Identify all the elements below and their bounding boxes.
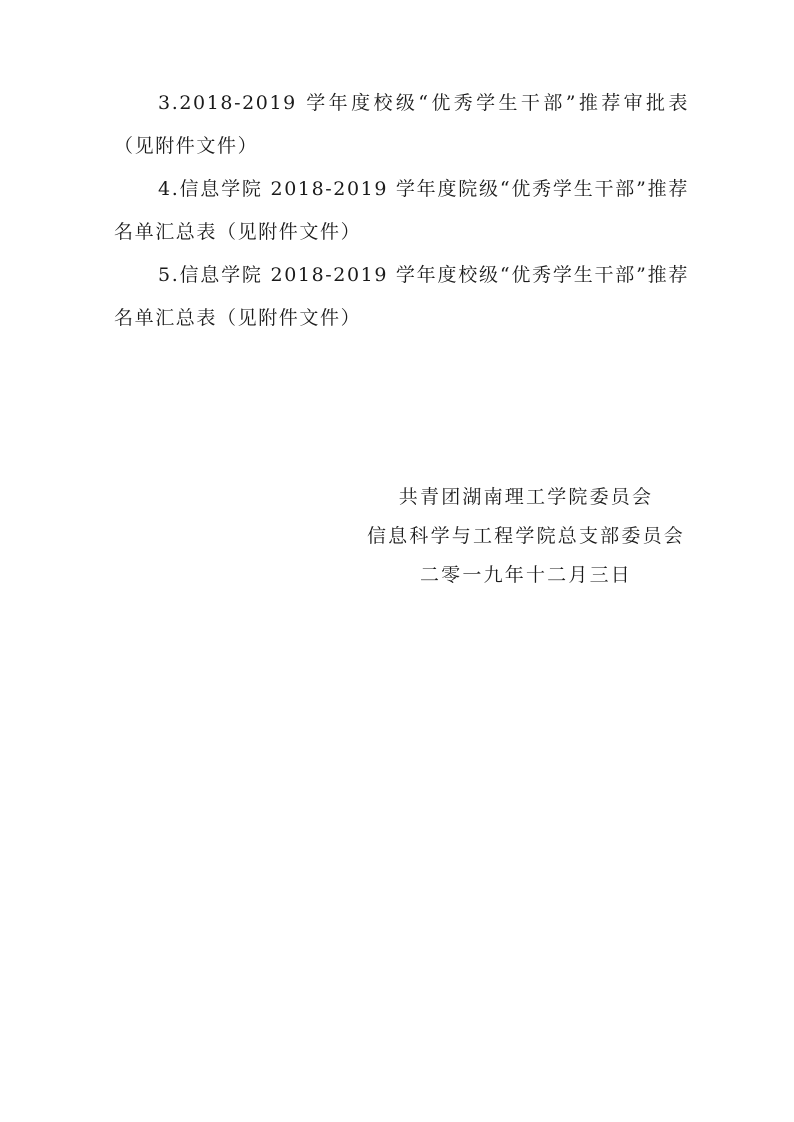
attachment-item-4: 4.信息学院 2018-2019 学年度院级“优秀学生干部”推荐名单汇总表（见附… — [114, 168, 689, 254]
signature-organization: 共青团湖南理工学院委员会 — [356, 478, 696, 517]
attachment-item-5: 5.信息学院 2018-2019 学年度校级“优秀学生干部”推荐名单汇总表（见附… — [114, 254, 689, 340]
attachment-text: 2018-2019 学年度校级“优秀学生干部”推荐审批表（见附件文件） — [114, 92, 689, 157]
attachment-text: 信息学院 2018-2019 学年度校级“优秀学生干部”推荐名单汇总表（见附件文… — [114, 264, 689, 329]
attachment-number: 4. — [158, 178, 179, 200]
attachment-number: 5. — [158, 264, 179, 286]
signature-block: 共青团湖南理工学院委员会 信息科学与工程学院总支部委员会 二零一九年十二月三日 — [356, 478, 696, 595]
signature-date: 二零一九年十二月三日 — [356, 556, 696, 595]
attachment-number: 3. — [158, 92, 179, 114]
attachment-item-3: 3.2018-2019 学年度校级“优秀学生干部”推荐审批表（见附件文件） — [114, 82, 689, 168]
signature-department: 信息科学与工程学院总支部委员会 — [356, 517, 696, 556]
document-page: 3.2018-2019 学年度校级“优秀学生干部”推荐审批表（见附件文件） 4.… — [0, 0, 794, 1122]
attachment-list: 3.2018-2019 学年度校级“优秀学生干部”推荐审批表（见附件文件） 4.… — [114, 82, 689, 340]
attachment-text: 信息学院 2018-2019 学年度院级“优秀学生干部”推荐名单汇总表（见附件文… — [114, 178, 689, 243]
